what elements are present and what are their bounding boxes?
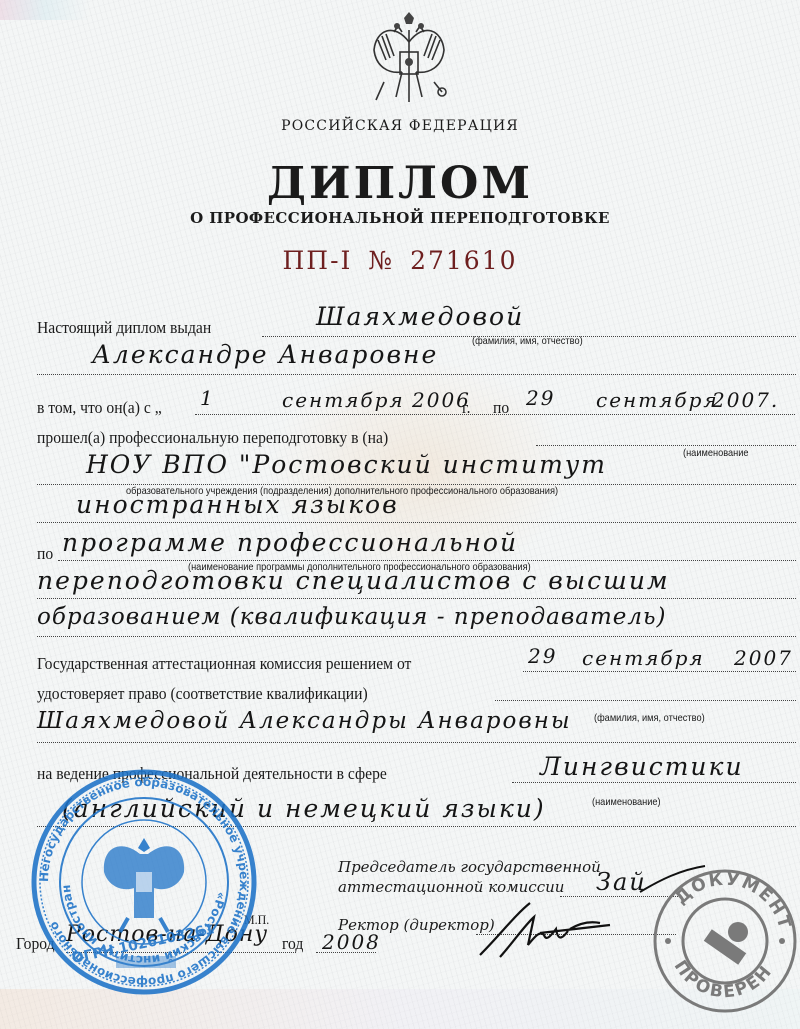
certifies-label: удостоверяет право (соответствие квалифи… bbox=[37, 684, 368, 704]
rector-signature bbox=[470, 895, 620, 965]
fill-line bbox=[37, 374, 796, 375]
completed-label: прошел(а) профессиональную переподготовк… bbox=[37, 428, 388, 448]
chair-label-2: аттестационной комиссии bbox=[338, 878, 564, 896]
background-tint bbox=[0, 0, 90, 20]
to-year: 2007. bbox=[712, 388, 779, 412]
issued-label: Настоящий диплом выдан bbox=[37, 318, 211, 338]
fill-line bbox=[495, 700, 796, 701]
program-line-2: переподготовки специалистов с высшим bbox=[37, 566, 670, 595]
fill-line bbox=[37, 598, 796, 599]
fio-hint: (фамилия, имя, отчество) bbox=[472, 335, 583, 347]
fill-line bbox=[37, 742, 796, 743]
institution-line-2: иностранных языков bbox=[76, 490, 399, 519]
to-prefix: по bbox=[493, 398, 509, 418]
program-prefix: по bbox=[37, 544, 53, 564]
holder-surname: Шаяхмедовой bbox=[316, 302, 524, 331]
period-prefix: в том, что он(а) с „ bbox=[37, 398, 162, 418]
country-label: РОССИЙСКАЯ ФЕДЕРАЦИЯ bbox=[0, 118, 800, 134]
commission-month: сентября bbox=[582, 646, 705, 670]
fill-line bbox=[37, 522, 796, 523]
fill-line bbox=[37, 636, 796, 637]
program-line-1: программе профессиональной bbox=[62, 528, 518, 557]
institution-seal: Негосударственное образовательное учрежд… bbox=[30, 768, 258, 996]
field-hint: (наименование) bbox=[592, 796, 661, 808]
fill-line bbox=[536, 445, 796, 446]
commission-day: 29 bbox=[528, 644, 557, 668]
verified-bottom-text: ПРОВЕРЕН bbox=[670, 957, 777, 1003]
seal-eagle-icon bbox=[104, 838, 184, 932]
institution-line-1: НОУ ВПО "Ростовский институт bbox=[86, 450, 607, 479]
from-month: сентября bbox=[282, 388, 405, 412]
commission-year: 2007 bbox=[734, 646, 793, 670]
to-month: сентября bbox=[596, 388, 719, 412]
from-day: 1 bbox=[200, 386, 215, 410]
year-suffix: г. bbox=[462, 398, 471, 418]
year-value: 2008 bbox=[322, 930, 381, 954]
number: 271610 bbox=[410, 246, 517, 275]
holder-name: Александре Анваровне bbox=[92, 340, 438, 369]
name-hint: (наименование bbox=[683, 447, 749, 459]
person-head-icon bbox=[728, 922, 748, 942]
fio-hint-2: (фамилия, имя, отчество) bbox=[594, 712, 705, 724]
chair-label-1: Председатель государственной bbox=[338, 858, 601, 876]
fill-line bbox=[523, 671, 796, 672]
document-subtitle: О ПРОФЕССИОНАЛЬНОЙ ПЕРЕПОДГОТОВКЕ bbox=[0, 209, 800, 227]
field-line-1: Лингвистики bbox=[540, 752, 744, 781]
number-sign: № bbox=[368, 246, 394, 275]
program-line-3: образованием (квалификация - преподавате… bbox=[37, 604, 667, 630]
commission-label: Государственная аттестационная комиссия … bbox=[37, 654, 411, 674]
series: ПП-I bbox=[282, 246, 352, 275]
to-day: 29 bbox=[526, 386, 555, 410]
year-label: год bbox=[282, 934, 303, 954]
document-verified-badge: ДОКУМЕНТ ПРОВЕРЕН bbox=[652, 868, 798, 1014]
double-headed-eagle-icon bbox=[364, 12, 454, 112]
fill-line bbox=[512, 782, 796, 783]
document-title: ДИПЛОМ bbox=[0, 158, 800, 209]
serial-number: ПП-I№271610 bbox=[0, 246, 800, 275]
svg-text:ПРОВЕРЕН: ПРОВЕРЕН bbox=[670, 957, 777, 1003]
holder-genitive: Шаяхмедовой Александры Анваровны bbox=[37, 708, 572, 734]
